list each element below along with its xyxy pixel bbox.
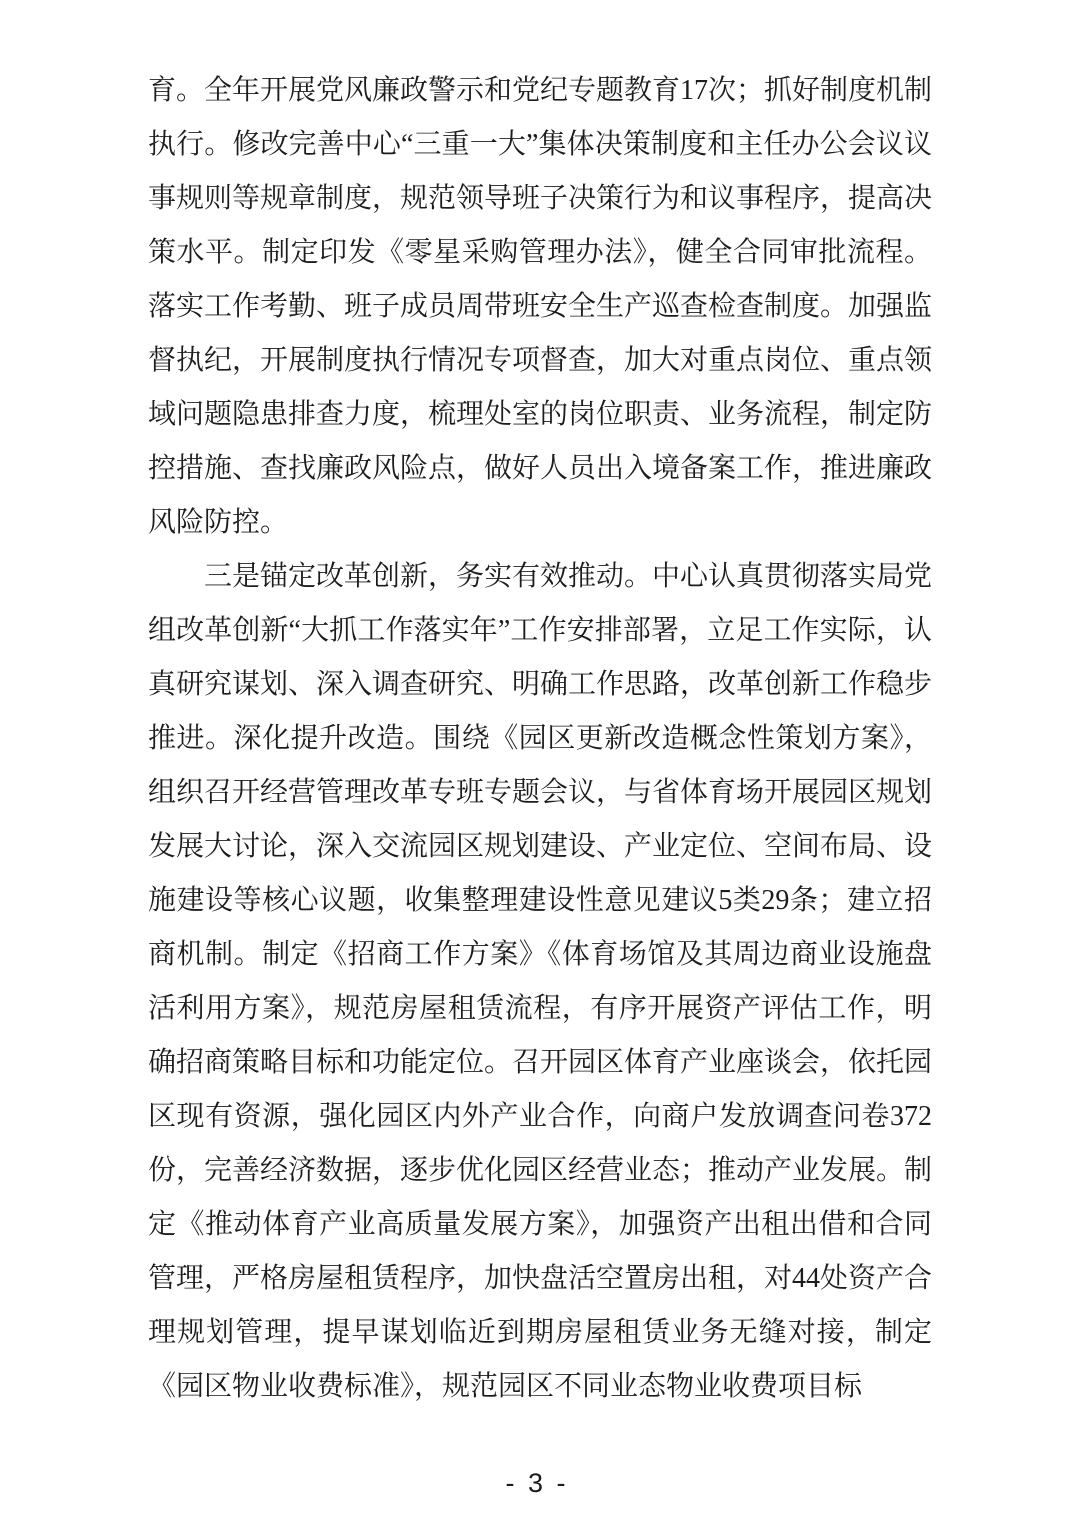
page-number: - 3 - [505, 1468, 568, 1498]
body-paragraph-section-three: 三是锚定改革创新，务实有效推动。中心认真贯彻落实局党组改革创新“大抓工作落实年”… [148, 550, 932, 1414]
document-page: 育。全年开展党风廉政警示和党纪专题教育17次；抓好制度机制执行。修改完善中心“三… [0, 0, 1074, 1520]
page-footer: - 3 - [0, 1468, 1074, 1499]
body-paragraph-continuation: 育。全年开展党风廉政警示和党纪专题教育17次；抓好制度机制执行。修改完善中心“三… [148, 64, 932, 550]
document-body: 育。全年开展党风廉政警示和党纪专题教育17次；抓好制度机制执行。修改完善中心“三… [148, 64, 932, 1414]
